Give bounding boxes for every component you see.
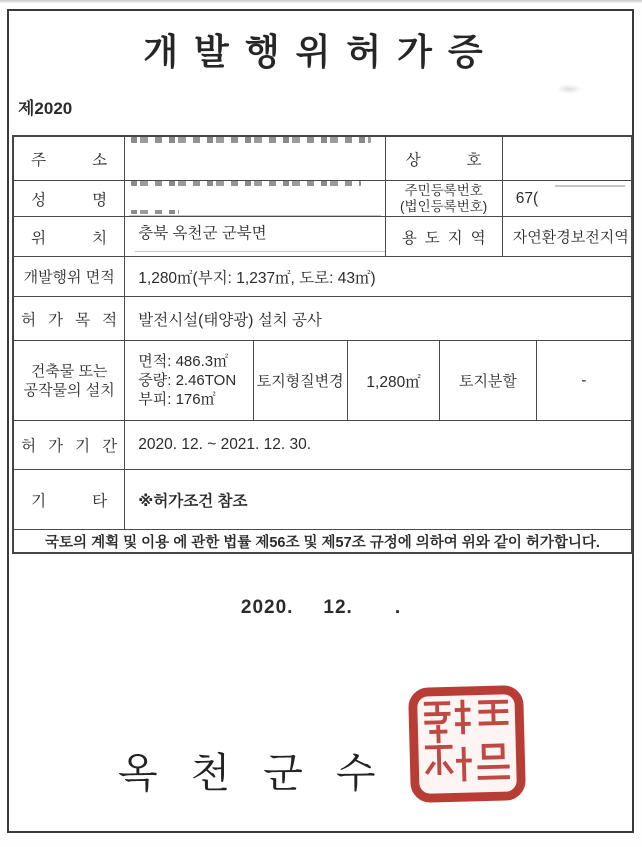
location-value-cell: 충북 옥천군 군북면 [124, 217, 384, 256]
period-value: 2020. 12. ~ 2021. 12. 30. [138, 436, 311, 454]
purpose-label-cell: 허가목적 [14, 297, 124, 340]
name-faint-underline [129, 215, 381, 217]
issuer-title: 옥천군수 [118, 740, 408, 799]
zone-label-cell: 용도지역 [385, 217, 502, 256]
purpose-label: 허가목적 [21, 308, 124, 330]
scan-edge-artifact [0, 0, 642, 3]
land-division-label: 토지분할 [459, 370, 517, 391]
structure-label-line2: 공작물의 설치 [24, 381, 115, 400]
table-row-structures: 건축물 또는 공작물의 설치 면적: 486.3㎡ 중량: 2.46TON 부피… [14, 340, 631, 420]
structure-label-cell: 건축물 또는 공작물의 설치 [14, 341, 124, 420]
structure-value-cell: 면적: 486.3㎡ 중량: 2.46TON 부피: 176㎡ [124, 341, 252, 420]
issue-date-year: 2020. [241, 597, 294, 619]
name-value-cell [124, 181, 384, 216]
zone-value-cell: 자연환경보전지역 [502, 217, 631, 256]
etc-label-cell: 기타 [14, 470, 124, 529]
land-change-label-cell: 토지형질변경 [253, 341, 347, 420]
land-change-value: 1,280㎡ [366, 370, 420, 392]
regnum-label-line2: (법인등록번호) [400, 199, 487, 215]
period-label-cell: 허가기간 [14, 421, 124, 469]
regnum-value-cell: 67( [502, 181, 631, 216]
issue-date: 2020. 12. . [0, 597, 642, 619]
structure-weight: 중량: 2.46TON [138, 371, 236, 390]
location-label: 위치 [31, 226, 124, 248]
structure-volume: 부피: 176㎡ [138, 390, 215, 409]
legal-statement: 국토의 계획 및 이용 에 관한 법률 제56조 및 제57조 규정에 의하여 … [45, 531, 600, 552]
dev-area-value: 1,280㎡(부지: 1,237㎡, 도로: 43㎡) [138, 266, 375, 288]
zone-value: 자연환경보전지역 [513, 226, 629, 247]
address-value-cell [124, 137, 384, 180]
scanned-permit-document: 개발행위허가증 제2020 주소 상호 성명 [0, 0, 642, 847]
location-value: 충북 옥천군 군북면 [138, 221, 266, 243]
scan-smudge [556, 84, 582, 94]
address-redaction [131, 137, 371, 143]
location-redacted-line [135, 251, 384, 253]
regnum-label-line1: 주민등록번호 [405, 183, 483, 199]
company-label: 상호 [406, 148, 502, 170]
zone-label: 용도지역 [402, 226, 494, 248]
land-change-label: 토지형질변경 [257, 370, 344, 391]
table-row-location: 위치 충북 옥천군 군북면 용도지역 자연환경보전지역 [14, 216, 631, 256]
etc-value-cell: ※허가조건 참조 [124, 470, 631, 529]
etc-value: ※허가조건 참조 [138, 489, 247, 511]
land-division-value: - [581, 372, 586, 390]
structure-label-line1: 건축물 또는 [31, 362, 108, 381]
land-division-label-cell: 토지분할 [439, 341, 535, 420]
name-redaction-bottom [131, 210, 179, 214]
table-row-name: 성명 주민등록번호 (법인등록번호) 67( [14, 180, 631, 216]
location-label-cell: 위치 [14, 217, 124, 256]
official-seal-stamp [406, 682, 527, 805]
issue-date-day: . [395, 597, 401, 619]
table-row-address: 주소 상호 [14, 137, 631, 180]
etc-label: 기타 [31, 489, 124, 511]
regnum-faint-line [555, 185, 625, 187]
document-title: 개발행위허가증 [0, 24, 642, 75]
dev-area-label-cell: 개발행위 면적 [14, 257, 124, 296]
table-row-period: 허가기간 2020. 12. ~ 2021. 12. 30. [14, 420, 631, 469]
legal-statement-cell: 국토의 계획 및 이용 에 관한 법률 제56조 및 제57조 규정에 의하여 … [14, 530, 631, 552]
purpose-value-cell: 발전시설(태양광) 설치 공사 [124, 297, 631, 340]
name-redaction-top [131, 181, 361, 186]
dev-area-value-cell: 1,280㎡(부지: 1,237㎡, 도로: 43㎡) [124, 257, 631, 296]
table-row-statement: 국토의 계획 및 이용 에 관한 법률 제56조 및 제57조 규정에 의하여 … [14, 529, 631, 552]
company-value-cell [502, 137, 631, 180]
structure-area: 면적: 486.3㎡ [138, 352, 228, 371]
company-label-cell: 상호 [385, 137, 502, 180]
dev-area-label: 개발행위 면적 [24, 266, 115, 287]
issue-date-month: 12. [323, 597, 352, 619]
table-row-purpose: 허가목적 발전시설(태양광) 설치 공사 [14, 296, 631, 340]
land-division-value-cell: - [536, 341, 631, 420]
table-row-dev-area: 개발행위 면적 1,280㎡(부지: 1,237㎡, 도로: 43㎡) [14, 256, 631, 296]
address-label-cell: 주소 [14, 137, 124, 180]
period-value-cell: 2020. 12. ~ 2021. 12. 30. [124, 421, 631, 469]
permit-table: 주소 상호 성명 주민등록 [12, 135, 633, 554]
regnum-label-cell: 주민등록번호 (법인등록번호) [385, 181, 502, 216]
name-label: 성명 [31, 188, 124, 210]
land-change-value-cell: 1,280㎡ [347, 341, 439, 420]
document-number: 제2020 [18, 94, 72, 119]
purpose-value: 발전시설(태양광) 설치 공사 [138, 308, 322, 330]
period-label: 허가기간 [21, 434, 124, 456]
regnum-value: 67( [516, 190, 538, 208]
name-label-cell: 성명 [14, 181, 124, 216]
table-row-etc: 기타 ※허가조건 참조 [14, 469, 631, 529]
address-label: 주소 [31, 148, 124, 170]
